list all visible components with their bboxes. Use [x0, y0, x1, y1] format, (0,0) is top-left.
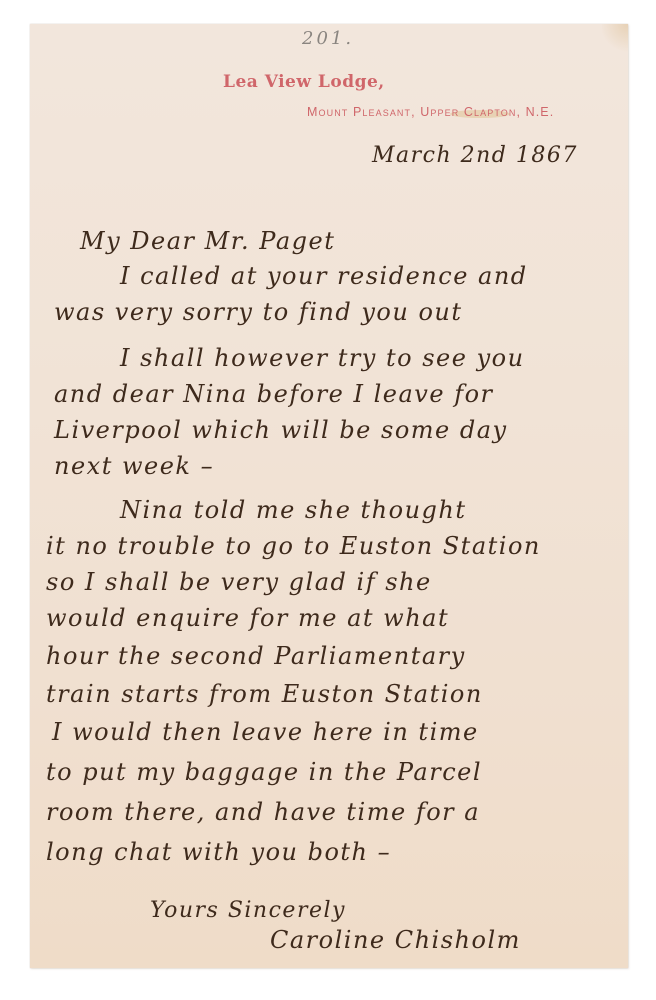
salutation: My Dear Mr. Paget: [80, 227, 335, 255]
body-line: was very sorry to find you out: [54, 298, 463, 326]
body-line: long chat with you both –: [46, 838, 391, 866]
body-line: next week –: [54, 452, 214, 480]
body-line: to put my baggage in the Parcel: [46, 758, 482, 786]
body-line: it no trouble to go to Euston Station: [46, 532, 541, 560]
body-line: I shall however try to see you: [120, 344, 525, 372]
closing: Yours Sincerely: [150, 898, 346, 923]
letter-paper: 201. Lea View Lodge, Mount Pleasant, Upp…: [30, 24, 628, 968]
body-line: hour the second Parliamentary: [46, 642, 466, 670]
body-line: Nina told me she thought: [120, 496, 467, 524]
body-line: I would then leave here in time: [52, 718, 479, 746]
body-line: room there, and have time for a: [46, 798, 480, 826]
body-line: and dear Nina before I leave for: [54, 380, 494, 408]
letter-date: March 2nd 1867: [372, 143, 578, 168]
body-line: so I shall be very glad if she: [46, 568, 432, 596]
archive-number: 201.: [302, 28, 354, 49]
body-line: train starts from Euston Station: [46, 680, 483, 708]
letterhead-name: Lea View Lodge,: [223, 72, 385, 92]
signature: Caroline Chisholm: [270, 926, 521, 954]
letterhead-address: Mount Pleasant, Upper Clapton, N.E.: [307, 105, 554, 119]
body-line: I called at your residence and: [120, 262, 528, 290]
body-line: Liverpool which will be some day: [54, 416, 508, 444]
body-line: would enquire for me at what: [46, 604, 449, 632]
